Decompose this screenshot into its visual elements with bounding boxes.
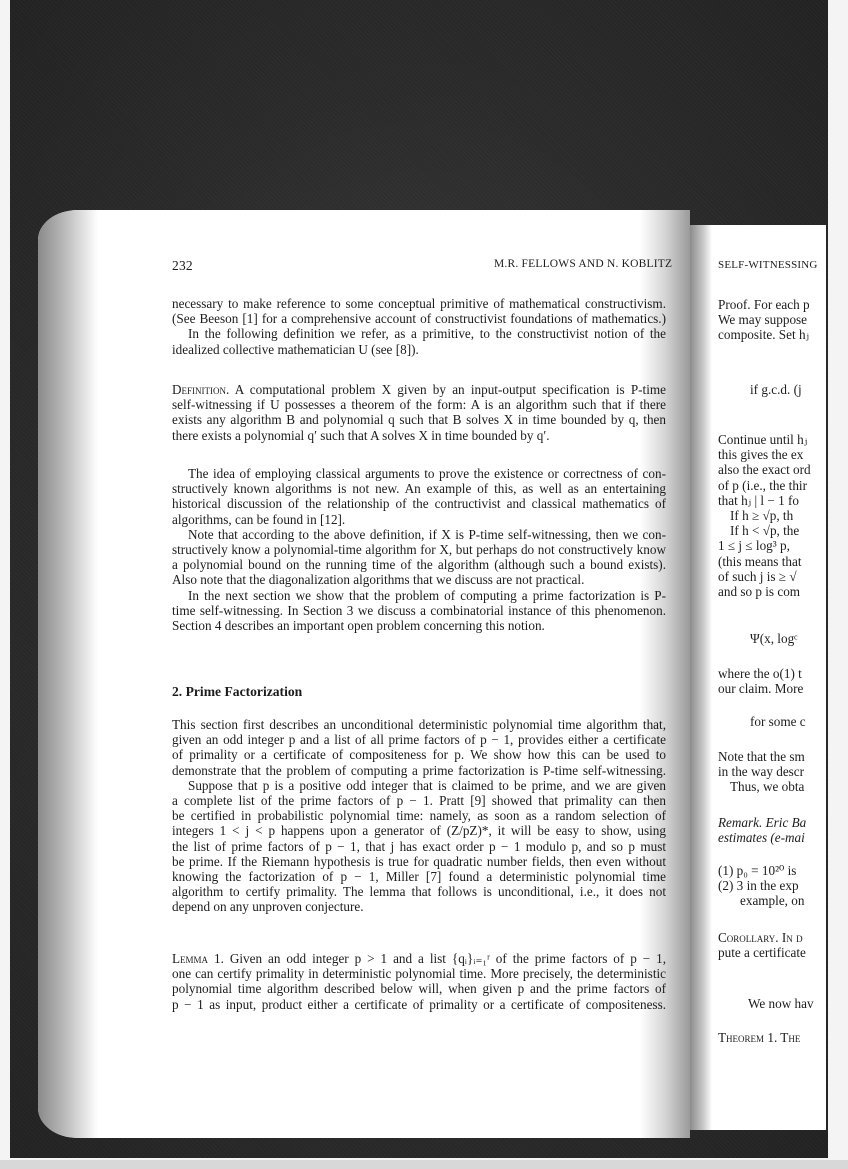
section-title: 2. Prime Factorization xyxy=(172,684,666,699)
text-line: In the next section we show that the pro… xyxy=(172,588,666,603)
text-line: that hⱼ | l − 1 fo xyxy=(718,493,828,508)
text-line: a polynomial bound on the running time o… xyxy=(172,557,666,572)
right-block: where the o(1) t our claim. More xyxy=(718,666,828,696)
text-line: the list of prime factors of p − 1, that… xyxy=(172,839,666,854)
text-line: If h < √p, the xyxy=(718,523,828,538)
text-line: Given an odd integer p > 1 and a list {q… xyxy=(230,951,666,966)
text-line: Section 4 describes an important open pr… xyxy=(172,618,666,633)
text-line: and so p is com xyxy=(718,584,828,599)
text-line: Proof. For each p xyxy=(718,297,828,312)
right-proof-block: Proof. For each p We may suppose composi… xyxy=(718,297,828,343)
text-line: structively known algorithms is not new.… xyxy=(172,481,666,496)
text-line: algorithm to certify primality. The lemm… xyxy=(172,884,666,899)
text-line: algorithms, can be found in [12]. xyxy=(172,512,666,527)
text-line: The idea of employing classical argument… xyxy=(172,466,666,481)
right-list-block: (1) p₀ = 10²⁰ is (2) 3 in the exp exampl… xyxy=(718,863,828,909)
text-line: (this means that xyxy=(718,554,828,569)
text-line: If h ≥ √p, th xyxy=(718,508,828,523)
lemma-label: Lemma 1. xyxy=(172,951,224,966)
section-body: This section first describes an uncondit… xyxy=(172,717,666,914)
text-line: p − 1 as input, product either a certifi… xyxy=(172,997,666,1012)
text-line: Thus, we obta xyxy=(718,779,828,794)
text-line: of primality or a certificate of composi… xyxy=(172,747,666,762)
text-line: Theorem 1. The xyxy=(718,1030,828,1045)
text-line: historical discussion of the relationshi… xyxy=(172,496,666,511)
text-line: self-witnessing if U possesses a theorem… xyxy=(172,397,666,412)
text-line: Note that according to the above definit… xyxy=(172,527,666,542)
right-display-equation: for some c xyxy=(718,714,848,729)
right-remark-block: Remark. Eric Ba estimates (e-mai xyxy=(718,815,828,845)
text-line: polynomial time algorithm described belo… xyxy=(172,981,666,996)
text-line: time self-witnessing. In Section 3 we di… xyxy=(172,603,666,618)
text-line: exists any algorithm B and polynomial q … xyxy=(172,412,666,427)
right-display-equation: if g.c.d. (j xyxy=(718,382,848,397)
text-line: depend on any unproven conjecture. xyxy=(172,899,666,914)
text-line: In the following definition we refer, as… xyxy=(172,326,666,341)
text-line: be certified in probabilistic polynomial… xyxy=(172,808,666,823)
text-line: 1 ≤ j ≤ log³ p, xyxy=(718,538,828,553)
text-line: A computational problem X given by an in… xyxy=(235,382,666,397)
definition-block: Definition. A computational problem X gi… xyxy=(172,382,666,443)
text-line: given an odd integer p and a list of all… xyxy=(172,732,666,747)
text-line: our claim. More xyxy=(718,681,828,696)
text-line: one can certify primality in determinist… xyxy=(172,966,666,981)
lemma-block: Lemma 1. Given an odd integer p > 1 and … xyxy=(172,951,666,1012)
text-line: Remark. Eric Ba xyxy=(718,815,828,830)
text-line: (See Beeson [1] for a comprehensive acco… xyxy=(172,311,666,326)
text-line: idealized collective mathematician U (se… xyxy=(172,342,666,357)
text-line: of p (i.e., the thir xyxy=(718,478,828,493)
text-line: knowing the factorization of p − 1, Mill… xyxy=(172,869,666,884)
text-line: Note that the sm xyxy=(718,749,828,764)
text-line: composite. Set hⱼ xyxy=(718,327,828,342)
right-block: We now hav xyxy=(718,996,848,1011)
text-line: there exists a polynomial q′ such that A… xyxy=(172,428,666,443)
discussion-paragraphs: The idea of employing classical argument… xyxy=(172,466,666,633)
running-head-title: SELF-WITNESSING xyxy=(718,259,818,271)
text-line: structively know a polynomial-time algor… xyxy=(172,542,666,557)
text-line: (1) p₀ = 10²⁰ is xyxy=(718,863,828,878)
text-line: necessary to make reference to some conc… xyxy=(172,296,666,311)
text-line: We may suppose xyxy=(718,312,828,327)
text-line: if g.c.d. (j xyxy=(750,382,848,397)
text-line: integers 1 < j < p happens upon a genera… xyxy=(172,823,666,838)
text-line: this gives the ex xyxy=(718,447,828,462)
text-line: Corollary. In d xyxy=(718,930,828,945)
definition-label: Definition. xyxy=(172,382,229,397)
text-line: for some c xyxy=(750,714,848,729)
text-line: of such j is ≥ √ xyxy=(718,569,828,584)
text-line: a complete list of the prime factors of … xyxy=(172,793,666,808)
intro-paragraph: necessary to make reference to some conc… xyxy=(172,296,666,357)
text-line: demonstrate that the problem of computin… xyxy=(172,763,666,778)
text-line: be prime. If the Riemann hypothesis is t… xyxy=(172,854,666,869)
text-line: Continue until hⱼ xyxy=(718,432,828,447)
text-line: This section first describes an uncondit… xyxy=(172,717,666,732)
text-line: in the way descr xyxy=(718,764,828,779)
right-block: Note that the sm in the way descr Thus, … xyxy=(718,749,828,795)
text-line: We now hav xyxy=(748,996,848,1011)
page-number: 232 xyxy=(172,258,193,274)
right-display-equation: Ψ(x, logᶜ xyxy=(718,631,848,646)
text-line: (2) 3 in the exp xyxy=(718,878,828,893)
text-line: where the o(1) t xyxy=(718,666,828,681)
text-line: Also note that the diagonalization algor… xyxy=(172,572,666,587)
text-line: example, on xyxy=(718,893,828,908)
right-corollary-block: Corollary. In d pute a certificate xyxy=(718,930,828,960)
scan-bottom-edge xyxy=(0,1160,848,1169)
right-theorem-block: Theorem 1. The xyxy=(718,1030,828,1045)
running-head-authors: M.R. FELLOWS AND N. KOBLITZ xyxy=(494,258,672,270)
text-line: Suppose that p is a positive odd integer… xyxy=(172,778,666,793)
text-line: pute a certificate xyxy=(718,945,828,960)
text-line: also the exact ord xyxy=(718,462,828,477)
text-line: Ψ(x, logᶜ xyxy=(750,631,848,646)
right-continue-block: Continue until hⱼ this gives the ex also… xyxy=(718,432,828,599)
text-line: estimates (e-mai xyxy=(718,830,828,845)
